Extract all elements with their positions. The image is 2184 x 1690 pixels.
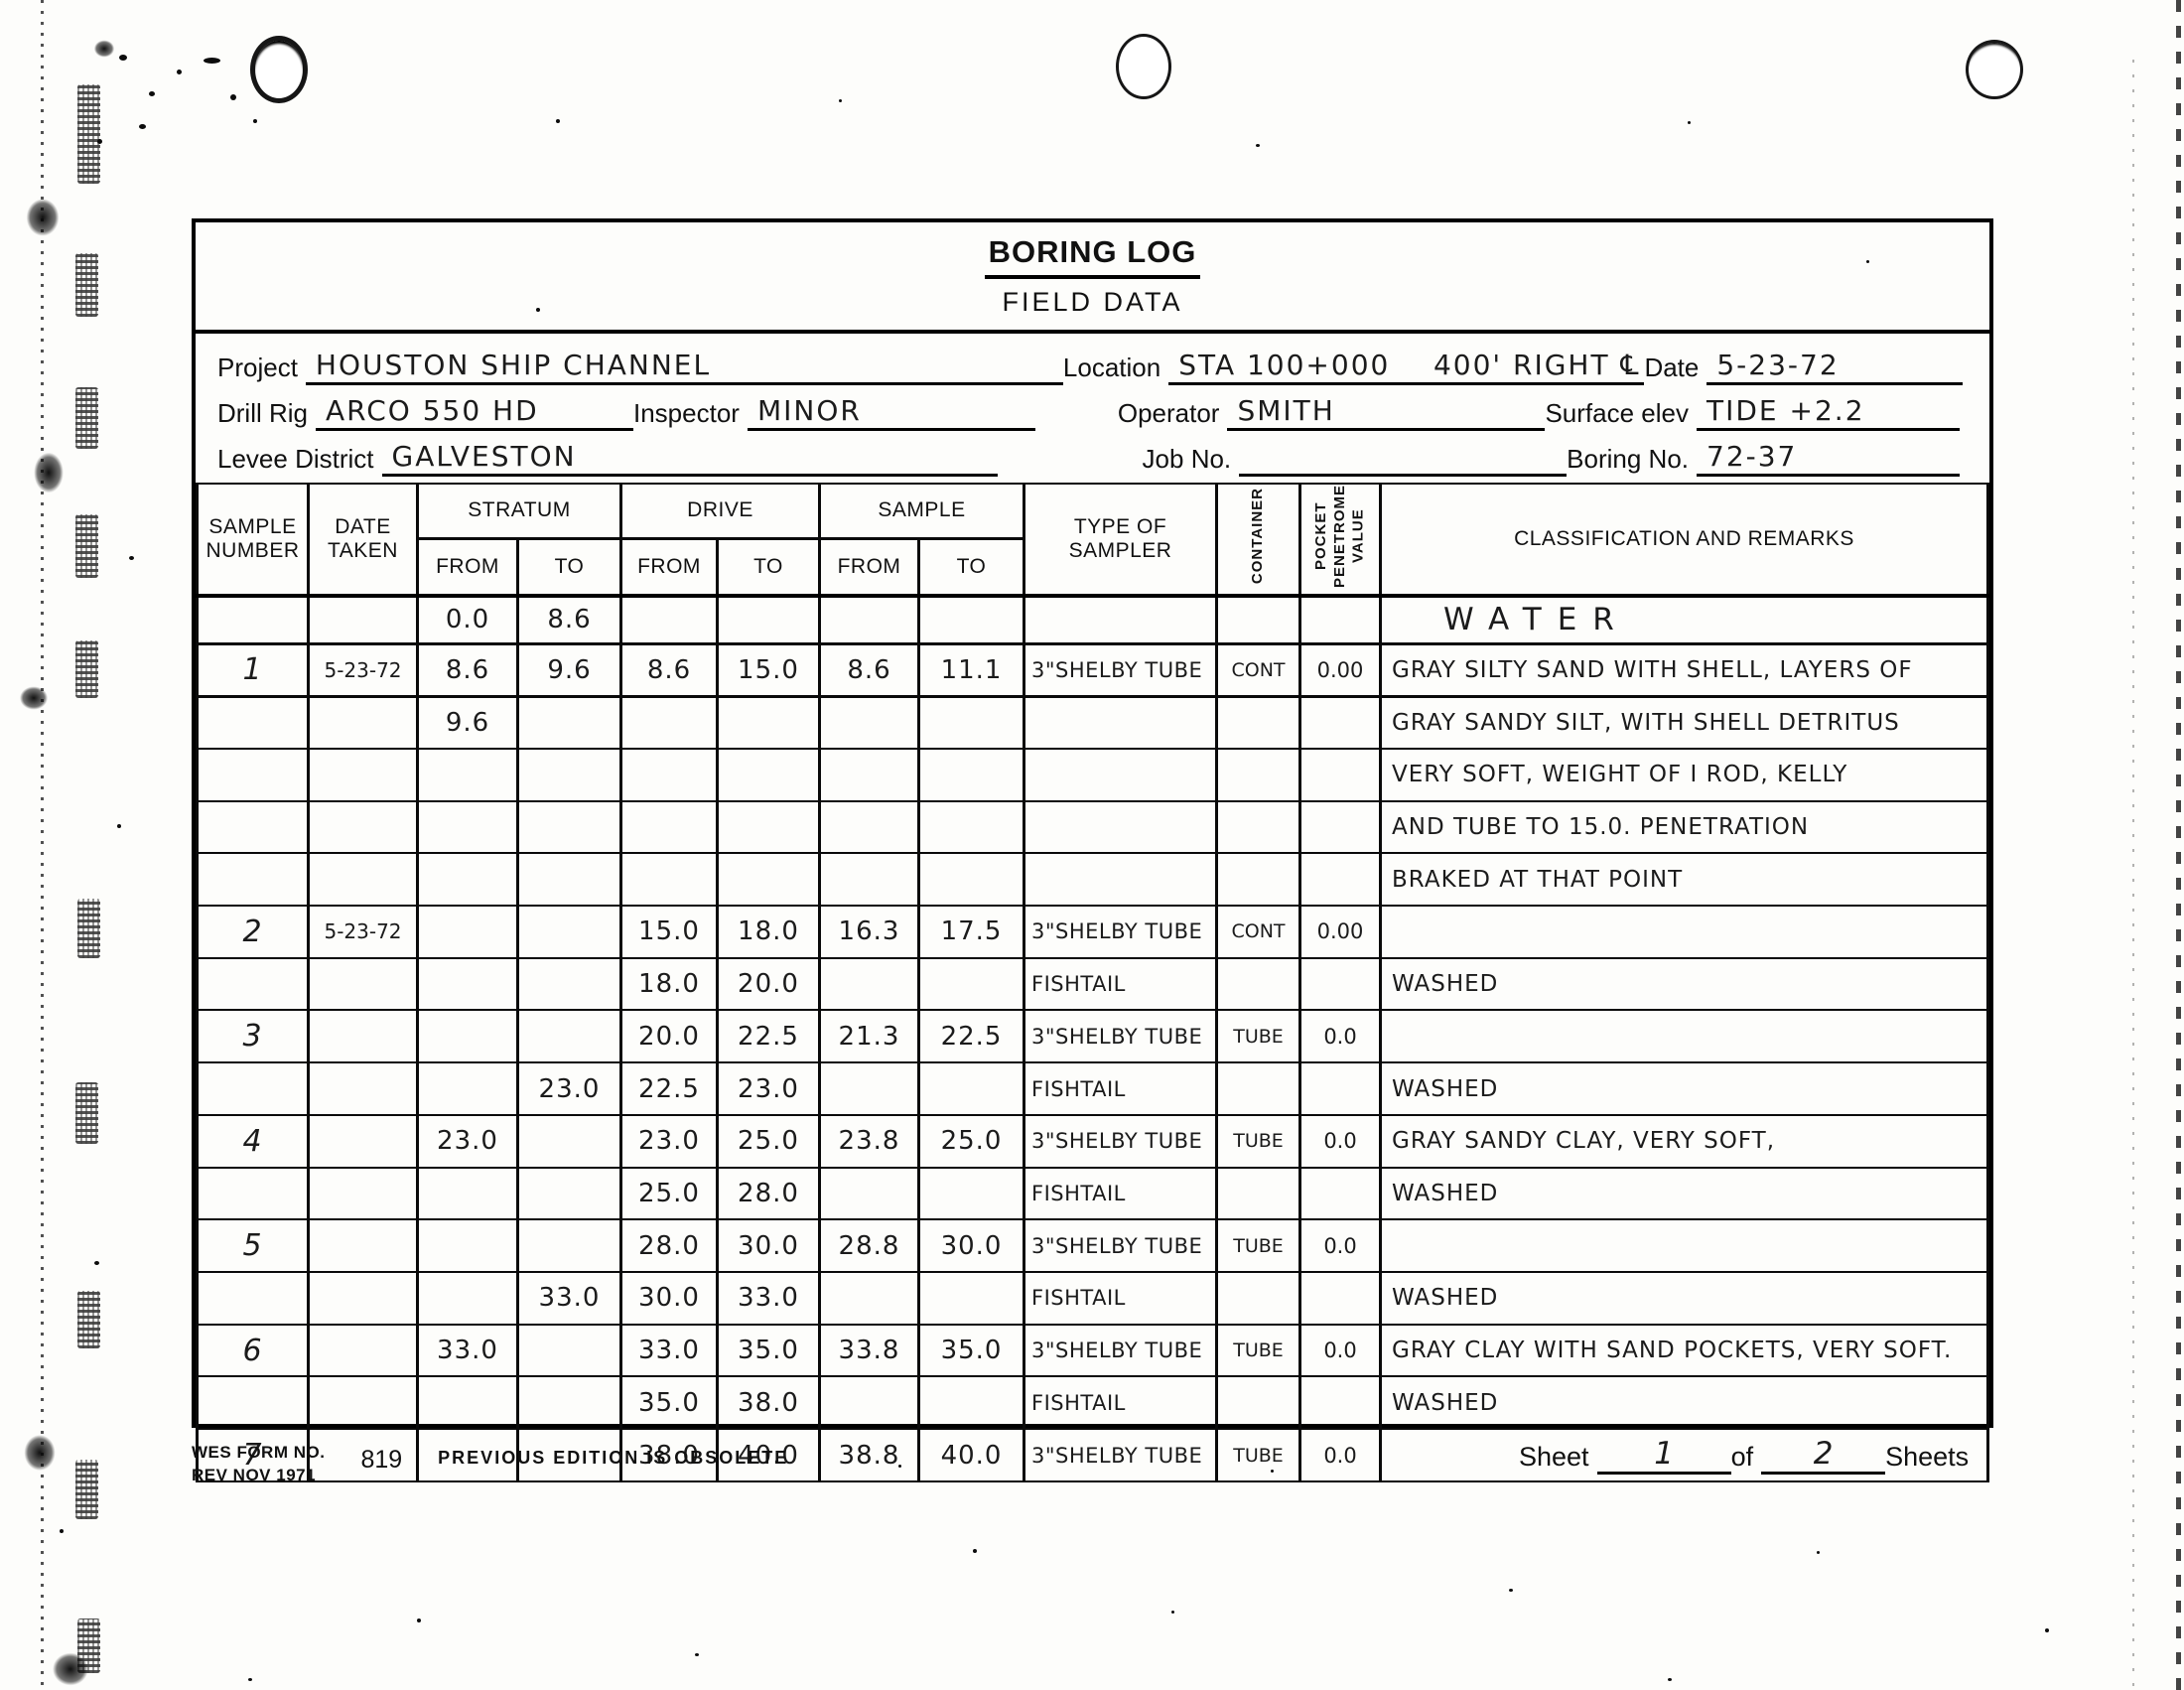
form-subtitle: FIELD DATA <box>1002 287 1182 318</box>
project-value: HOUSTON SHIP CHANNEL <box>306 349 715 382</box>
cell-sample-to: 22.5 <box>919 1010 1024 1062</box>
cell-sample-from: 38.8 <box>820 1429 919 1481</box>
table-row: BRAKED AT THAT POINT <box>198 853 1988 906</box>
table-row: VERY SOFT, WEIGHT OF I ROD, KELLY <box>198 749 1988 801</box>
cell-sample-to <box>919 749 1024 801</box>
cell-penetrometer-value <box>1300 1272 1381 1325</box>
cell-date-taken <box>309 853 418 906</box>
cell-drive-from <box>621 801 718 854</box>
cell-sample-number <box>198 1062 309 1115</box>
cell-penetrometer-value: 0.00 <box>1300 643 1381 696</box>
scan-noise <box>75 640 98 698</box>
scan-noise <box>1256 144 1260 147</box>
cell-stratum-to <box>518 1219 621 1272</box>
scan-noise <box>973 1549 977 1553</box>
location-value: STA 100+000 400' RIGHT ℄ <box>1168 349 1644 382</box>
table-row: 33.030.033.0FISHTAILWASHED <box>198 1272 1988 1325</box>
cell-classification-remarks: GRAY SILTY SAND WITH SHELL, LAYERS OF <box>1381 643 1988 696</box>
punch-hole-center <box>1116 34 1171 99</box>
cell-stratum-from <box>418 906 518 958</box>
cell-container <box>1217 958 1300 1011</box>
cell-penetrometer-value <box>1300 958 1381 1011</box>
scan-noise <box>16 683 52 713</box>
cell-penetrometer-value: 0.00 <box>1300 906 1381 958</box>
cell-sample-from <box>820 1376 919 1429</box>
punch-hole-right <box>1966 40 2023 99</box>
cell-classification-remarks <box>1381 1219 1988 1272</box>
cell-stratum-to <box>518 1115 621 1168</box>
cell-date-taken: 5-23-72 <box>309 643 418 696</box>
cell-penetrometer-value <box>1300 1062 1381 1115</box>
drill-rig-label: Drill Rig <box>217 398 316 431</box>
scan-noise <box>94 1261 99 1265</box>
project-field: HOUSTON SHIP CHANNEL <box>306 348 1063 385</box>
header-date-taken: DATE TAKEN <box>309 484 418 596</box>
log-table-header: SAMPLE NUMBER DATE TAKEN STRATUM DRIVE S… <box>198 484 1988 596</box>
cell-sample-number: 1 <box>198 643 309 696</box>
cell-drive-to <box>718 853 820 906</box>
scan-edge-line-right-faint <box>2132 60 2134 1690</box>
scan-noise <box>75 387 98 449</box>
table-row: 9.6GRAY SANDY SILT, WITH SHELL DETRITUS <box>198 696 1988 749</box>
scan-noise <box>119 55 127 61</box>
drill-rig-value: ARCO 550 HD <box>316 394 543 428</box>
info-row-3: Levee District GALVESTON Job No. Boring … <box>217 433 1975 477</box>
cell-date-taken <box>309 1325 418 1377</box>
cell-date-taken <box>309 1376 418 1429</box>
scan-noise <box>839 99 842 102</box>
cell-sample-number <box>198 1272 309 1325</box>
cell-sample-to: 35.0 <box>919 1325 1024 1377</box>
project-label: Project <box>217 352 306 385</box>
scan-noise <box>129 556 134 560</box>
cell-container: TUBE <box>1217 1429 1300 1481</box>
cell-drive-from: 33.0 <box>621 1325 718 1377</box>
cell-penetrometer-value <box>1300 1376 1381 1429</box>
date-field: 5-23-72 <box>1706 348 1963 385</box>
cell-container <box>1217 1272 1300 1325</box>
cell-date-taken: 5-23-72 <box>309 906 418 958</box>
cell-sample-number <box>198 749 309 801</box>
cell-date-taken <box>309 1010 418 1062</box>
cell-type-of-sampler <box>1024 749 1217 801</box>
cell-type-of-sampler: 3"SHELBY TUBE <box>1024 1115 1217 1168</box>
table-row: 0.08.6WATER <box>198 596 1988 643</box>
cell-container: TUBE <box>1217 1115 1300 1168</box>
scan-noise <box>1668 1678 1672 1681</box>
cell-date-taken <box>309 1219 418 1272</box>
cell-drive-to: 15.0 <box>718 643 820 696</box>
cell-date-taken <box>309 1115 418 1168</box>
cell-classification-remarks: WASHED <box>1381 1062 1988 1115</box>
cell-drive-from: 20.0 <box>621 1010 718 1062</box>
cell-drive-from <box>621 696 718 749</box>
cell-drive-from <box>621 596 718 643</box>
cell-stratum-from <box>418 1010 518 1062</box>
table-row: AND TUBE TO 15.0. PENETRATION <box>198 801 1988 854</box>
table-row: 633.033.035.033.835.03"SHELBY TUBETUBE0.… <box>198 1325 1988 1377</box>
date-value: 5-23-72 <box>1706 349 1843 382</box>
scan-noise <box>1817 1551 1820 1554</box>
cell-sample-number <box>198 853 309 906</box>
cell-type-of-sampler: 3"SHELBY TUBE <box>1024 1325 1217 1377</box>
cell-sample-number <box>198 801 309 854</box>
cell-container <box>1217 1168 1300 1220</box>
cell-sample-to <box>919 801 1024 854</box>
cell-container <box>1217 596 1300 643</box>
header-sample-number: SAMPLE NUMBER <box>198 484 309 596</box>
cell-container <box>1217 696 1300 749</box>
cell-date-taken <box>309 1168 418 1220</box>
cell-sample-to <box>919 1272 1024 1325</box>
cell-sample-to <box>919 1376 1024 1429</box>
cell-classification-remarks <box>1381 1010 1988 1062</box>
scan-noise <box>417 1619 421 1622</box>
log-table-body: 0.08.6WATER15-23-728.69.68.615.08.611.13… <box>198 596 1988 1481</box>
cell-stratum-to: 33.0 <box>518 1272 621 1325</box>
wes-form-block: WES FORM NO. REV NOV 1971 <box>192 1442 325 1487</box>
cell-type-of-sampler <box>1024 696 1217 749</box>
cell-drive-from: 22.5 <box>621 1062 718 1115</box>
cell-penetrometer-value: 0.0 <box>1300 1010 1381 1062</box>
scan-noise <box>1171 1611 1174 1614</box>
cell-penetrometer-value: 0.0 <box>1300 1429 1381 1481</box>
cell-sample-from <box>820 801 919 854</box>
cell-stratum-from <box>418 853 518 906</box>
cell-drive-to: 33.0 <box>718 1272 820 1325</box>
header-drive-to: TO <box>718 538 820 596</box>
operator-field: SMITH <box>1227 393 1545 431</box>
header-sample-from: FROM <box>820 538 919 596</box>
cell-sample-to: 40.0 <box>919 1429 1024 1481</box>
footer-right: Sheet 1 of 2 Sheets <box>1519 1436 1977 1475</box>
sheet-number-value: 1 <box>1654 1436 1674 1472</box>
location-field: STA 100+000 400' RIGHT ℄ <box>1168 348 1644 385</box>
cell-classification-remarks: BRAKED AT THAT POINT <box>1381 853 1988 906</box>
scan-noise <box>139 124 146 129</box>
cell-penetrometer-value <box>1300 596 1381 643</box>
cell-stratum-to: 23.0 <box>518 1062 621 1115</box>
cell-stratum-to <box>518 1376 621 1429</box>
cell-stratum-from: 0.0 <box>418 596 518 643</box>
scan-noise <box>77 899 100 958</box>
scan-noise <box>1688 121 1691 124</box>
cell-drive-to: 23.0 <box>718 1062 820 1115</box>
scan-noise <box>91 38 117 60</box>
cell-penetrometer-value <box>1300 853 1381 906</box>
scan-noise <box>30 447 68 498</box>
form-title: BORING LOG <box>985 234 1201 279</box>
cell-sample-from <box>820 1168 919 1220</box>
table-row: 18.020.0FISHTAILWASHED <box>198 958 1988 1011</box>
cell-container <box>1217 1062 1300 1115</box>
surface-elev-value: TIDE +2.2 <box>1697 394 1869 428</box>
cell-drive-from: 35.0 <box>621 1376 718 1429</box>
cell-sample-to <box>919 958 1024 1011</box>
cell-penetrometer-value <box>1300 801 1381 854</box>
cell-sample-number: 6 <box>198 1325 309 1377</box>
cell-date-taken <box>309 1272 418 1325</box>
cell-penetrometer-value <box>1300 1168 1381 1220</box>
cell-drive-from: 28.0 <box>621 1219 718 1272</box>
cell-sample-from <box>820 596 919 643</box>
cell-drive-from: 23.0 <box>621 1115 718 1168</box>
footer-left: WES FORM NO. REV NOV 1971 819 PREVIOUS E… <box>192 1442 788 1487</box>
table-row: 528.030.028.830.03"SHELBY TUBETUBE0.0 <box>198 1219 1988 1272</box>
cell-classification-remarks: WASHED <box>1381 958 1988 1011</box>
cell-stratum-from <box>418 958 518 1011</box>
cell-date-taken <box>309 749 418 801</box>
scan-noise <box>2045 1628 2049 1632</box>
scan-noise <box>77 1291 100 1348</box>
cell-classification-remarks: WASHED <box>1381 1168 1988 1220</box>
scanned-boring-log-page: BORING LOG FIELD DATA Project HOUSTON SH… <box>0 0 2184 1690</box>
cell-penetrometer-value: 0.0 <box>1300 1115 1381 1168</box>
cell-type-of-sampler: FISHTAIL <box>1024 1272 1217 1325</box>
cell-drive-to: 25.0 <box>718 1115 820 1168</box>
table-row: 423.023.025.023.825.03"SHELBY TUBETUBE0.… <box>198 1115 1988 1168</box>
cell-sample-to: 11.1 <box>919 643 1024 696</box>
header-stratum-from: FROM <box>418 538 518 596</box>
cell-drive-to: 18.0 <box>718 906 820 958</box>
cell-penetrometer-value <box>1300 696 1381 749</box>
scan-noise <box>60 1529 64 1533</box>
cell-drive-to: 38.0 <box>718 1376 820 1429</box>
cell-drive-to: 22.5 <box>718 1010 820 1062</box>
cell-sample-number: 5 <box>198 1219 309 1272</box>
cell-sample-number <box>198 1376 309 1429</box>
header-container: CONTAINER <box>1217 484 1300 596</box>
log-table: SAMPLE NUMBER DATE TAKEN STRATUM DRIVE S… <box>196 483 1989 1482</box>
scan-noise <box>556 119 560 123</box>
title-block: BORING LOG FIELD DATA <box>196 222 1989 334</box>
cell-date-taken <box>309 696 418 749</box>
wes-form-rev: REV NOV 1971 <box>192 1465 325 1487</box>
cell-penetrometer-value: 0.0 <box>1300 1325 1381 1377</box>
cell-drive-to <box>718 749 820 801</box>
cell-sample-from <box>820 749 919 801</box>
cell-drive-from: 18.0 <box>621 958 718 1011</box>
header-stratum: STRATUM <box>418 484 621 538</box>
scan-noise <box>22 194 64 241</box>
inspector-value: MINOR <box>748 394 866 428</box>
boring-log-form: BORING LOG FIELD DATA Project HOUSTON SH… <box>192 218 1993 1428</box>
cell-drive-to <box>718 696 820 749</box>
cell-drive-to: 35.0 <box>718 1325 820 1377</box>
cell-drive-from <box>621 853 718 906</box>
cell-type-of-sampler: 3"SHELBY TUBE <box>1024 1429 1217 1481</box>
cell-container: TUBE <box>1217 1010 1300 1062</box>
scan-noise <box>149 91 155 96</box>
cell-stratum-from <box>418 1272 518 1325</box>
cell-sample-from: 8.6 <box>820 643 919 696</box>
table-row: 25.028.0FISHTAILWASHED <box>198 1168 1988 1220</box>
cell-container: TUBE <box>1217 1325 1300 1377</box>
cell-type-of-sampler <box>1024 801 1217 854</box>
cell-sample-to: 30.0 <box>919 1219 1024 1272</box>
cell-sample-number: 3 <box>198 1010 309 1062</box>
cell-drive-from: 30.0 <box>621 1272 718 1325</box>
cell-classification-remarks <box>1381 906 1988 958</box>
scan-noise <box>20 1430 60 1476</box>
cell-sample-number <box>198 958 309 1011</box>
sheet-label: Sheet <box>1519 1442 1597 1475</box>
info-row-1: Project HOUSTON SHIP CHANNEL Location ST… <box>217 342 1975 385</box>
cell-sample-number <box>198 696 309 749</box>
cell-sample-to <box>919 696 1024 749</box>
header-type-of-sampler: TYPE OF SAMPLER <box>1024 484 1217 596</box>
cell-sample-to <box>919 853 1024 906</box>
cell-stratum-to: 8.6 <box>518 596 621 643</box>
info-block: Project HOUSTON SHIP CHANNEL Location ST… <box>196 334 1989 483</box>
job-no-value <box>1239 473 1253 474</box>
cell-sample-to <box>919 1168 1024 1220</box>
table-row: 15-23-728.69.68.615.08.611.13"SHELBY TUB… <box>198 643 1988 696</box>
cell-sample-to: 25.0 <box>919 1115 1024 1168</box>
cell-sample-number <box>198 596 309 643</box>
cell-stratum-from: 33.0 <box>418 1325 518 1377</box>
cell-sample-from: 28.8 <box>820 1219 919 1272</box>
cell-type-of-sampler: FISHTAIL <box>1024 1376 1217 1429</box>
header-classification: CLASSIFICATION AND REMARKS <box>1381 484 1988 596</box>
cell-container: CONT <box>1217 906 1300 958</box>
cell-container <box>1217 749 1300 801</box>
cell-type-of-sampler: FISHTAIL <box>1024 958 1217 1011</box>
cell-stratum-to <box>518 906 621 958</box>
sheets-total-field: 2 <box>1761 1436 1885 1475</box>
cell-drive-from: 25.0 <box>621 1168 718 1220</box>
scan-noise <box>75 253 98 317</box>
cell-container <box>1217 801 1300 854</box>
cell-stratum-from <box>418 1062 518 1115</box>
cell-container: CONT <box>1217 643 1300 696</box>
levee-district-field: GALVESTON <box>382 439 998 477</box>
cell-classification-remarks: WASHED <box>1381 1376 1988 1429</box>
operator-label: Operator <box>1118 398 1228 431</box>
boring-no-value: 72-37 <box>1697 440 1801 474</box>
table-row: 25-23-7215.018.016.317.53"SHELBY TUBECON… <box>198 906 1988 958</box>
of-label: of <box>1731 1442 1762 1475</box>
table-row: 320.022.521.322.53"SHELBY TUBETUBE0.0 <box>198 1010 1988 1062</box>
inspector-field: MINOR <box>748 393 1035 431</box>
cell-sample-number <box>198 1168 309 1220</box>
boring-no-label: Boring No. <box>1567 444 1697 477</box>
job-no-field <box>1239 439 1567 477</box>
cell-classification-remarks: GRAY SANDY CLAY, VERY SOFT, <box>1381 1115 1988 1168</box>
scan-noise <box>230 94 236 100</box>
cell-penetrometer-value <box>1300 749 1381 801</box>
scan-noise <box>77 84 100 184</box>
cell-type-of-sampler: FISHTAIL <box>1024 1168 1217 1220</box>
boring-no-field: 72-37 <box>1697 439 1960 477</box>
cell-type-of-sampler: 3"SHELBY TUBE <box>1024 906 1217 958</box>
levee-district-label: Levee District <box>217 444 382 477</box>
cell-type-of-sampler <box>1024 853 1217 906</box>
cell-drive-to: 30.0 <box>718 1219 820 1272</box>
cell-date-taken <box>309 596 418 643</box>
scan-noise <box>248 1678 252 1681</box>
cell-date-taken <box>309 1062 418 1115</box>
cell-sample-to: 17.5 <box>919 906 1024 958</box>
surface-elev-label: Surface elev <box>1545 398 1697 431</box>
levee-district-value: GALVESTON <box>382 440 581 474</box>
scan-noise <box>75 1082 98 1144</box>
scan-noise <box>75 514 98 578</box>
info-row-2: Drill Rig ARCO 550 HD Inspector MINOR Op… <box>217 387 1975 431</box>
cell-drive-from: 8.6 <box>621 643 718 696</box>
cell-classification-remarks: GRAY SANDY SILT, WITH SHELL DETRITUS <box>1381 696 1988 749</box>
sheets-label: Sheets <box>1885 1442 1977 1475</box>
job-no-label: Job No. <box>1143 444 1240 477</box>
cell-stratum-to <box>518 749 621 801</box>
cell-type-of-sampler: 3"SHELBY TUBE <box>1024 1010 1217 1062</box>
cell-sample-from: 33.8 <box>820 1325 919 1377</box>
cell-type-of-sampler <box>1024 596 1217 643</box>
operator-value: SMITH <box>1227 394 1338 428</box>
cell-type-of-sampler: FISHTAIL <box>1024 1062 1217 1115</box>
scan-noise <box>97 139 102 144</box>
cell-container <box>1217 853 1300 906</box>
scan-edge-line-right-dark <box>2176 0 2181 1690</box>
cell-drive-to: 20.0 <box>718 958 820 1011</box>
cell-stratum-to <box>518 958 621 1011</box>
cell-sample-from <box>820 696 919 749</box>
scan-noise <box>117 824 121 828</box>
cell-sample-number: 4 <box>198 1115 309 1168</box>
header-stratum-to: TO <box>518 538 621 596</box>
cell-sample-from: 23.8 <box>820 1115 919 1168</box>
cell-drive-to: 28.0 <box>718 1168 820 1220</box>
cell-classification-remarks: AND TUBE TO 15.0. PENETRATION <box>1381 801 1988 854</box>
cell-stratum-from: 23.0 <box>418 1115 518 1168</box>
cell-type-of-sampler: 3"SHELBY TUBE <box>1024 1219 1217 1272</box>
cell-stratum-to <box>518 853 621 906</box>
header-pocket-penetrometer: POCKET PENETROMETER VALUE <box>1300 484 1381 596</box>
surface-elev-field: TIDE +2.2 <box>1697 393 1960 431</box>
cell-container: TUBE <box>1217 1219 1300 1272</box>
cell-sample-number: 2 <box>198 906 309 958</box>
cell-stratum-to <box>518 1010 621 1062</box>
header-sample-to: TO <box>919 538 1024 596</box>
inspector-label: Inspector <box>633 398 748 431</box>
cell-drive-from <box>621 749 718 801</box>
header-drive: DRIVE <box>621 484 820 538</box>
drill-rig-field: ARCO 550 HD <box>316 393 633 431</box>
header-sample: SAMPLE <box>820 484 1024 538</box>
cell-stratum-to <box>518 1168 621 1220</box>
cell-sample-from <box>820 1062 919 1115</box>
cell-sample-from <box>820 853 919 906</box>
cell-container <box>1217 1376 1300 1429</box>
cell-stratum-to: 9.6 <box>518 643 621 696</box>
form-number: 819 <box>360 1446 402 1475</box>
cell-date-taken <box>309 801 418 854</box>
scan-noise <box>48 1648 93 1690</box>
cell-type-of-sampler: 3"SHELBY TUBE <box>1024 643 1217 696</box>
header-container-label: CONTAINER <box>1249 488 1268 584</box>
cell-stratum-from <box>418 1168 518 1220</box>
table-row: 35.038.0FISHTAILWASHED <box>198 1376 1988 1429</box>
cell-classification-remarks: WASHED <box>1381 1272 1988 1325</box>
cell-stratum-from <box>418 1376 518 1429</box>
scan-noise <box>204 58 220 64</box>
cell-sample-from: 16.3 <box>820 906 919 958</box>
log-table-wrap: SAMPLE NUMBER DATE TAKEN STRATUM DRIVE S… <box>196 483 1989 1424</box>
scan-noise <box>253 119 257 123</box>
cell-stratum-from: 9.6 <box>418 696 518 749</box>
cell-drive-to <box>718 801 820 854</box>
header-drive-from: FROM <box>621 538 718 596</box>
